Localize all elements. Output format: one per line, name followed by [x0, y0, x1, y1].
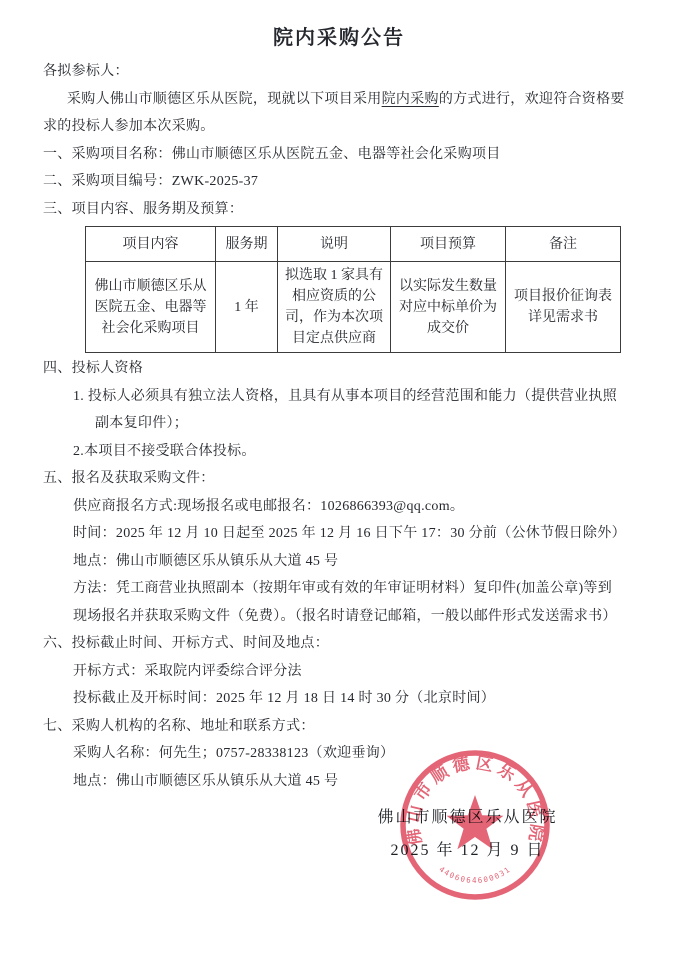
intro-underlined-term: 院内采购 — [382, 92, 439, 107]
section-4-item-1-line-2: 副本复印件）； — [95, 410, 635, 438]
document-page: 院内采购公告 各拟参标人： 采购人佛山市顺德区乐从医院，现就以下项目采用院内采购… — [0, 0, 673, 962]
section-4-item-2: 2.本项目不接受联合体投标。 — [73, 438, 635, 466]
intro-line-1: 采购人佛山市顺德区乐从医院，现就以下项目采用院内采购的方式进行，欢迎符合资格要 — [43, 86, 635, 114]
section-2-project-number: 二、采购项目编号：ZWK-2025-37 — [43, 168, 635, 196]
cell-budget: 以实际发生数量对应中标单价为成交价 — [391, 262, 506, 353]
section-5-heading: 五、报名及获取采购文件： — [43, 465, 635, 493]
section-5-method-line-1: 方法：凭工商营业执照副本（按期年审或有效的年审证明材料）复印件(加盖公章)等到 — [73, 575, 635, 603]
col-header-description: 说明 — [278, 227, 391, 262]
cell-remark: 项目报价征询表详见需求书 — [506, 262, 621, 353]
section-6-opening-method: 开标方式：采取院内评委综合评分法 — [73, 658, 635, 686]
seal-serial-number: 4406064600031 — [437, 865, 512, 885]
section-5-location: 地点：佛山市顺德区乐从镇乐从大道 45 号 — [73, 548, 635, 576]
intro-line-2: 求的投标人参加本次采购。 — [43, 113, 635, 141]
seal-star-icon — [447, 795, 504, 849]
section-3-heading: 三、项目内容、服务期及预算： — [43, 196, 635, 224]
section-5-time: 时间：2025 年 12 月 10 日起至 2025 年 12 月 16 日下午… — [73, 520, 635, 548]
section-4-heading: 四、投标人资格 — [43, 355, 635, 383]
page-title: 院内采购公告 — [43, 24, 635, 52]
table-row: 佛山市顺德区乐从医院五金、电器等社会化采购项目 1 年 拟选取 1 家具有相应资… — [86, 262, 621, 353]
cell-project-content: 佛山市顺德区乐从医院五金、电器等社会化采购项目 — [86, 262, 216, 353]
section-5-registration-method: 供应商报名方式:现场报名或电邮报名：1026866393@qq.com。 — [73, 493, 635, 521]
section-6-deadline: 投标截止及开标时间：2025 年 12 月 18 日 14 时 30 分（北京时… — [73, 685, 635, 713]
section-7-heading: 七、采购人机构的名称、地址和联系方式： — [43, 713, 635, 741]
table-header-row: 项目内容 服务期 说明 项目预算 备注 — [86, 227, 621, 262]
intro-text-pre: 采购人佛山市顺德区乐从医院，现就以下项目采用 — [67, 92, 382, 107]
cell-description: 拟选取 1 家具有相应资质的公司，作为本次项目定点供应商 — [278, 262, 391, 353]
salutation: 各拟参标人： — [43, 58, 635, 86]
section-4-item-1-line-1: 1. 投标人必须具有独立法人资格，且具有从事本项目的经营范围和能力（提供营业执照 — [73, 383, 635, 411]
procurement-table: 项目内容 服务期 说明 项目预算 备注 佛山市顺德区乐从医院五金、电器等社会化采… — [85, 226, 621, 353]
col-header-budget: 项目预算 — [391, 227, 506, 262]
section-5-method-line-2: 现场报名并获取采购文件（免费）。（报名时请登记邮箱，一般以邮件形式发送需求书） — [73, 603, 635, 631]
col-header-remark: 备注 — [506, 227, 621, 262]
col-header-content: 项目内容 — [86, 227, 216, 262]
cell-service-period: 1 年 — [216, 262, 278, 353]
section-6-heading: 六、投标截止时间、开标方式、时间及地点： — [43, 630, 635, 658]
intro-text-post: 的方式进行，欢迎符合资格要 — [439, 92, 625, 107]
col-header-service-period: 服务期 — [216, 227, 278, 262]
official-seal: 佛山市顺德区乐从医院 4406064600031 — [390, 740, 560, 910]
section-1-project-name: 一、采购项目名称：佛山市顺德区乐从医院五金、电器等社会化采购项目 — [43, 141, 635, 169]
